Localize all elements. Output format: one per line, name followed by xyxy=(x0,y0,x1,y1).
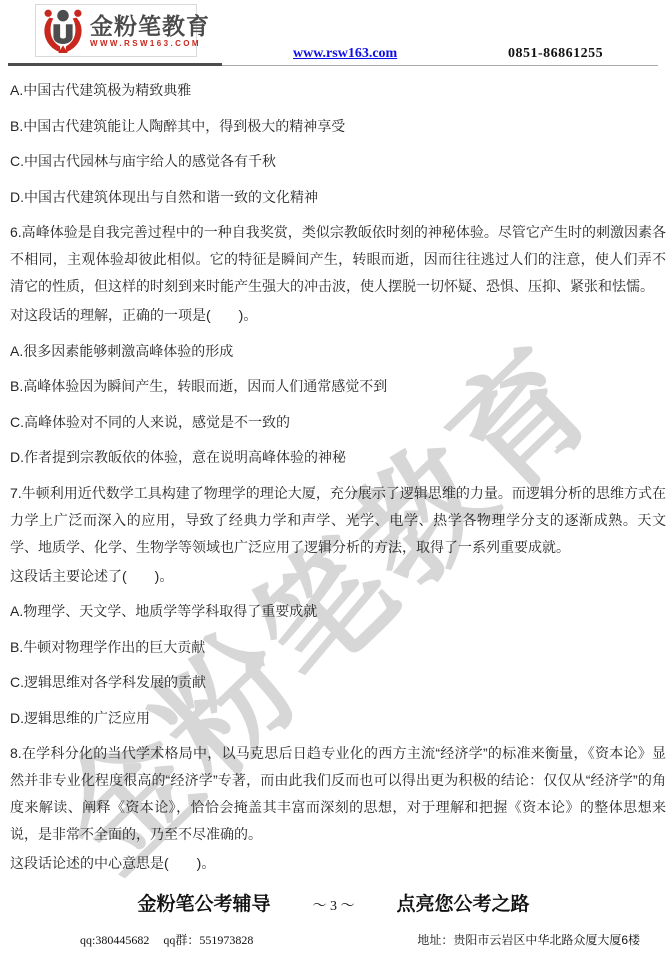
document-body: A.中国古代建筑极为精致典雅 B.中国古代建筑能让人陶醉其中，得到极大的精神享受… xyxy=(10,77,666,886)
footer-slogan: 点亮您公考之路 xyxy=(397,889,530,916)
page-number: ～ 3 ～ xyxy=(313,895,355,915)
qq-group-number: qq群：551973828 xyxy=(163,933,253,947)
question-6-option-a: A.很多因素能够刺激高峰体验的形成 xyxy=(10,338,666,365)
people-u-logo-icon xyxy=(40,8,86,54)
option-b: B.中国古代建筑能让人陶醉其中，得到极大的精神享受 xyxy=(10,113,666,140)
page-header: 金粉笔教育 WWW.RSW163.COM www.rsw163.com 0851… xyxy=(0,0,667,70)
brand-name: 金粉笔教育 xyxy=(90,13,210,39)
question-8-paragraph: 8.在学科分化的当代学术格局中，以马克思后日趋专业化的西方主流“经济学”的标准来… xyxy=(10,740,666,848)
question-6-stem: 对这段话的理解，正确的一项是( )。 xyxy=(10,302,666,329)
question-7-option-d: D.逻辑思维的广泛应用 xyxy=(10,705,666,732)
website-link[interactable]: www.rsw163.com xyxy=(293,46,397,62)
brand-logo-text: 金粉笔教育 WWW.RSW163.COM xyxy=(90,13,210,49)
question-7-paragraph: 7.牛顿利用近代数学工具构建了物理学的理论大厦，充分展示了逻辑思维的力量。而逻辑… xyxy=(10,480,666,561)
question-8-stem: 这段话论述的中心意思是( )。 xyxy=(10,850,666,877)
footer-contact-row: qq:380445682qq群：551973828 地址：贵阳市云岩区中华北路众… xyxy=(0,931,667,948)
question-7-option-b: B.牛顿对物理学作出的巨大贡献 xyxy=(10,634,666,661)
question-6-option-b: B.高峰体验因为瞬间产生，转眼而逝，因而人们通常感觉不到 xyxy=(10,373,666,400)
question-6-option-c: C.高峰体验对不同的人来说，感觉是不一致的 xyxy=(10,409,666,436)
qq-number: qq:380445682 xyxy=(80,933,149,947)
question-7-option-a: A.物理学、天文学、地质学等学科取得了重要成就 xyxy=(10,598,666,625)
footer-qq-contacts: qq:380445682qq群：551973828 xyxy=(80,931,253,948)
brand-logo: 金粉笔教育 WWW.RSW163.COM xyxy=(35,4,197,57)
question-7-option-c: C.逻辑思维对各学科发展的贡献 xyxy=(10,669,666,696)
question-6-paragraph: 6.高峰体验是自我完善过程中的一种自我奖赏，类似宗教皈依时刻的神秘体验。尽管它产… xyxy=(10,219,666,300)
question-6-option-d: D.作者提到宗教皈依的体验，意在说明高峰体验的神秘 xyxy=(10,444,666,471)
phone-number: 0851-86861255 xyxy=(508,46,603,62)
header-divider-thin xyxy=(222,65,658,66)
header-divider-thick xyxy=(8,63,222,66)
option-c: C.中国古代园林与庙宇给人的感觉各有千秋 xyxy=(10,148,666,175)
footer-address: 地址：贵阳市云岩区中华北路众厦大厦6楼 xyxy=(417,931,640,948)
brand-url-caption: WWW.RSW163.COM xyxy=(90,39,201,49)
question-7-stem: 这段话主要论述了( )。 xyxy=(10,563,666,590)
footer-brand: 金粉笔公考辅导 xyxy=(137,889,270,916)
footer-banner: 金粉笔公考辅导 ～ 3 ～ 点亮您公考之路 xyxy=(0,889,667,916)
option-a: A.中国古代建筑极为精致典雅 xyxy=(10,77,666,104)
option-d: D.中国古代建筑体现出与自然和谐一致的文化精神 xyxy=(10,184,666,211)
